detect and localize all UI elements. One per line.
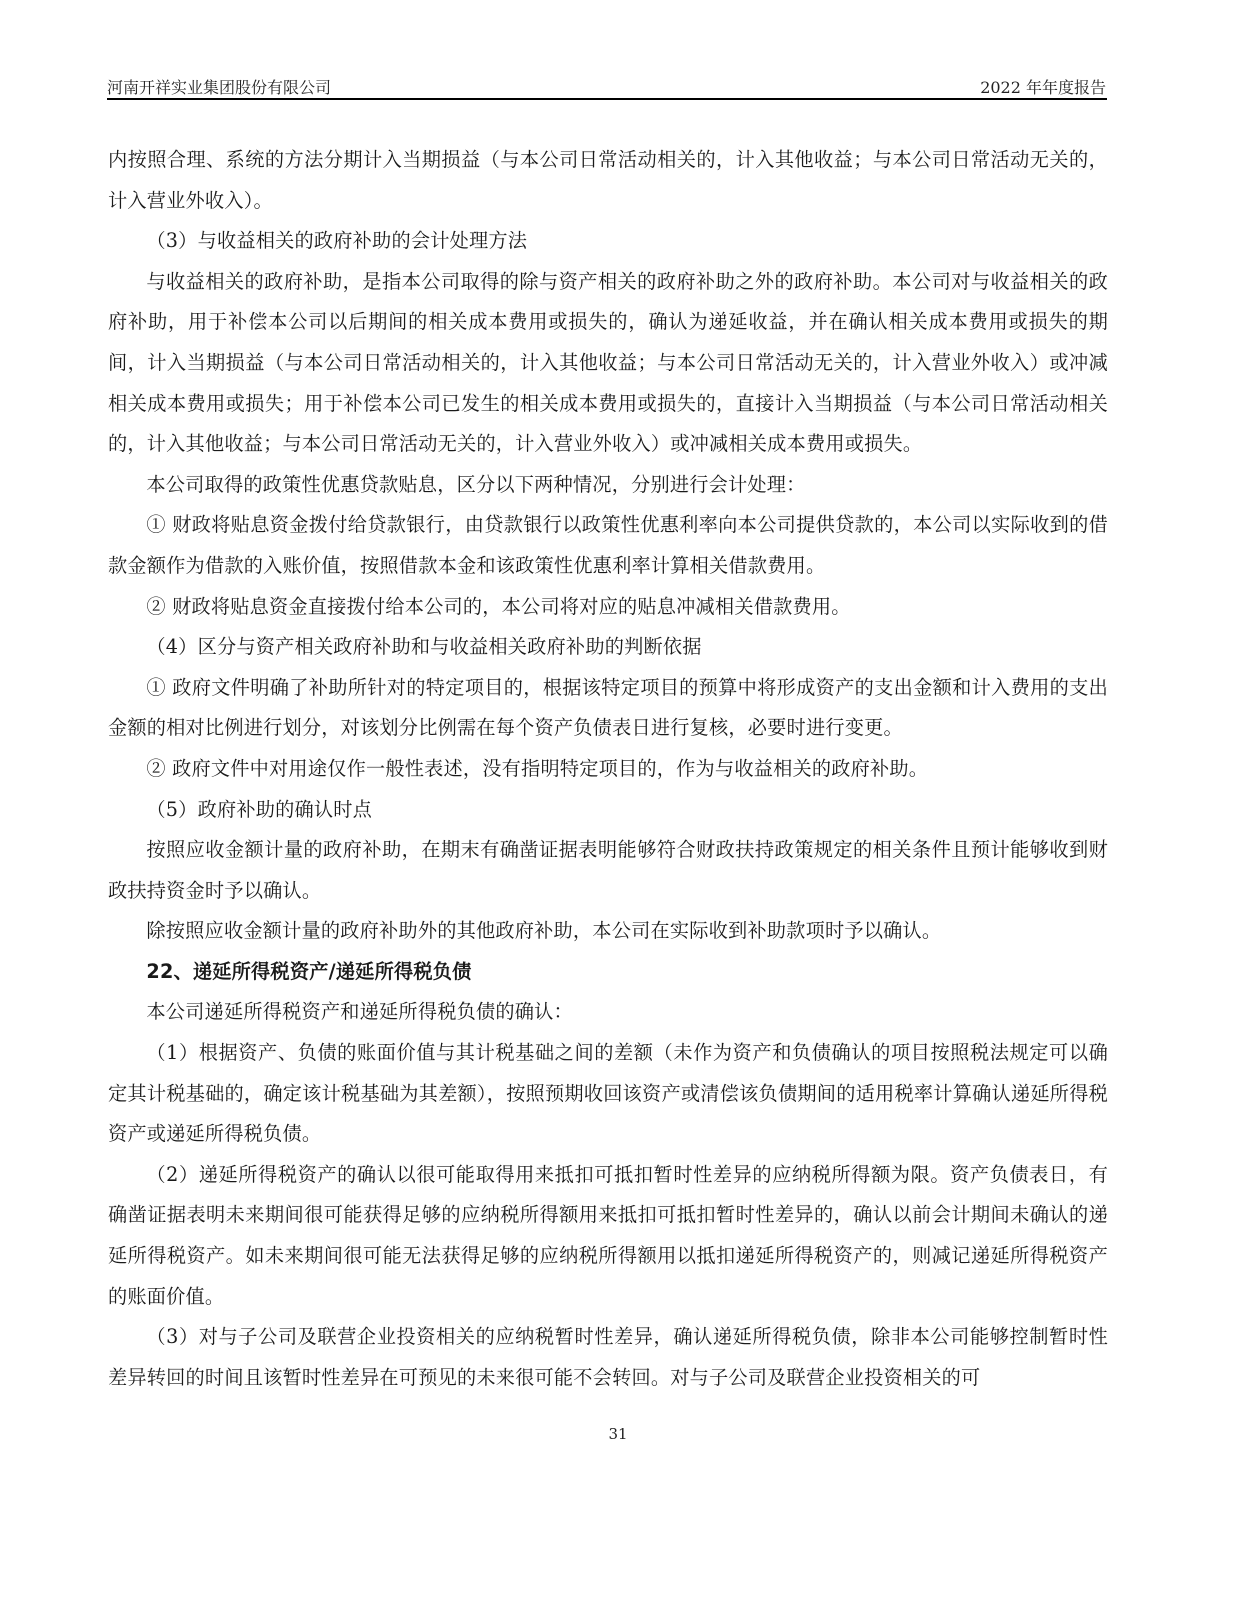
- paragraph: ② 政府文件中对用途仅作一般性表述，没有指明特定项目的，作为与收益相关的政府补助…: [108, 749, 1108, 790]
- paragraph: 除按照应收金额计量的政府补助外的其他政府补助，本公司在实际收到补助款项时予以确认…: [108, 911, 1108, 952]
- paragraph: 按照应收金额计量的政府补助，在期末有确凿证据表明能够符合财政扶持政策规定的相关条…: [108, 830, 1108, 911]
- page-header: 河南开祥实业集团股份有限公司 2022 年年度报告: [107, 68, 1106, 98]
- paragraph: （2）递延所得税资产的确认以很可能取得用来抵扣可抵扣暂时性差异的应纳税所得额为限…: [108, 1155, 1108, 1317]
- subheading-revenue-subsidy-accounting: （3）与收益相关的政府补助的会计处理方法: [108, 221, 1108, 262]
- paragraph: ② 财政将贴息资金直接拨付给本公司的，本公司将对应的贴息冲减相关借款费用。: [108, 587, 1108, 628]
- header-company-name: 河南开祥实业集团股份有限公司: [107, 75, 331, 98]
- paragraph: 与收益相关的政府补助，是指本公司取得的除与资产相关的政府补助之外的政府补助。本公…: [108, 262, 1108, 465]
- paragraph: ① 财政将贴息资金拨付给贷款银行，由贷款银行以政策性优惠利率向本公司提供贷款的，…: [108, 505, 1108, 586]
- header-report-title: 2022 年年度报告: [980, 75, 1106, 98]
- section-heading-deferred-tax: 22、递延所得税资产/递延所得税负债: [108, 952, 1108, 993]
- subheading-judgment-basis: （4）区分与资产相关政府补助和与收益相关政府补助的判断依据: [108, 627, 1108, 668]
- document-body: 内按照合理、系统的方法分期计入当期损益（与本公司日常活动相关的，计入其他收益；与…: [108, 140, 1108, 1398]
- header-divider: [107, 98, 1107, 100]
- paragraph: 本公司递延所得税资产和递延所得税负债的确认：: [108, 992, 1108, 1033]
- paragraph: ① 政府文件明确了补助所针对的特定项目的，根据该特定项目的预算中将形成资产的支出…: [108, 668, 1108, 749]
- subheading-recognition-timing: （5）政府补助的确认时点: [108, 790, 1108, 831]
- paragraph: 本公司取得的政策性优惠贷款贴息，区分以下两种情况，分别进行会计处理：: [108, 465, 1108, 506]
- paragraph: （3）对与子公司及联营企业投资相关的应纳税暂时性差异，确认递延所得税负债，除非本…: [108, 1317, 1108, 1398]
- page-number: 31: [0, 1425, 1236, 1443]
- paragraph-continuation: 内按照合理、系统的方法分期计入当期损益（与本公司日常活动相关的，计入其他收益；与…: [108, 140, 1108, 221]
- paragraph: （1）根据资产、负债的账面价值与其计税基础之间的差额（未作为资产和负债确认的项目…: [108, 1033, 1108, 1155]
